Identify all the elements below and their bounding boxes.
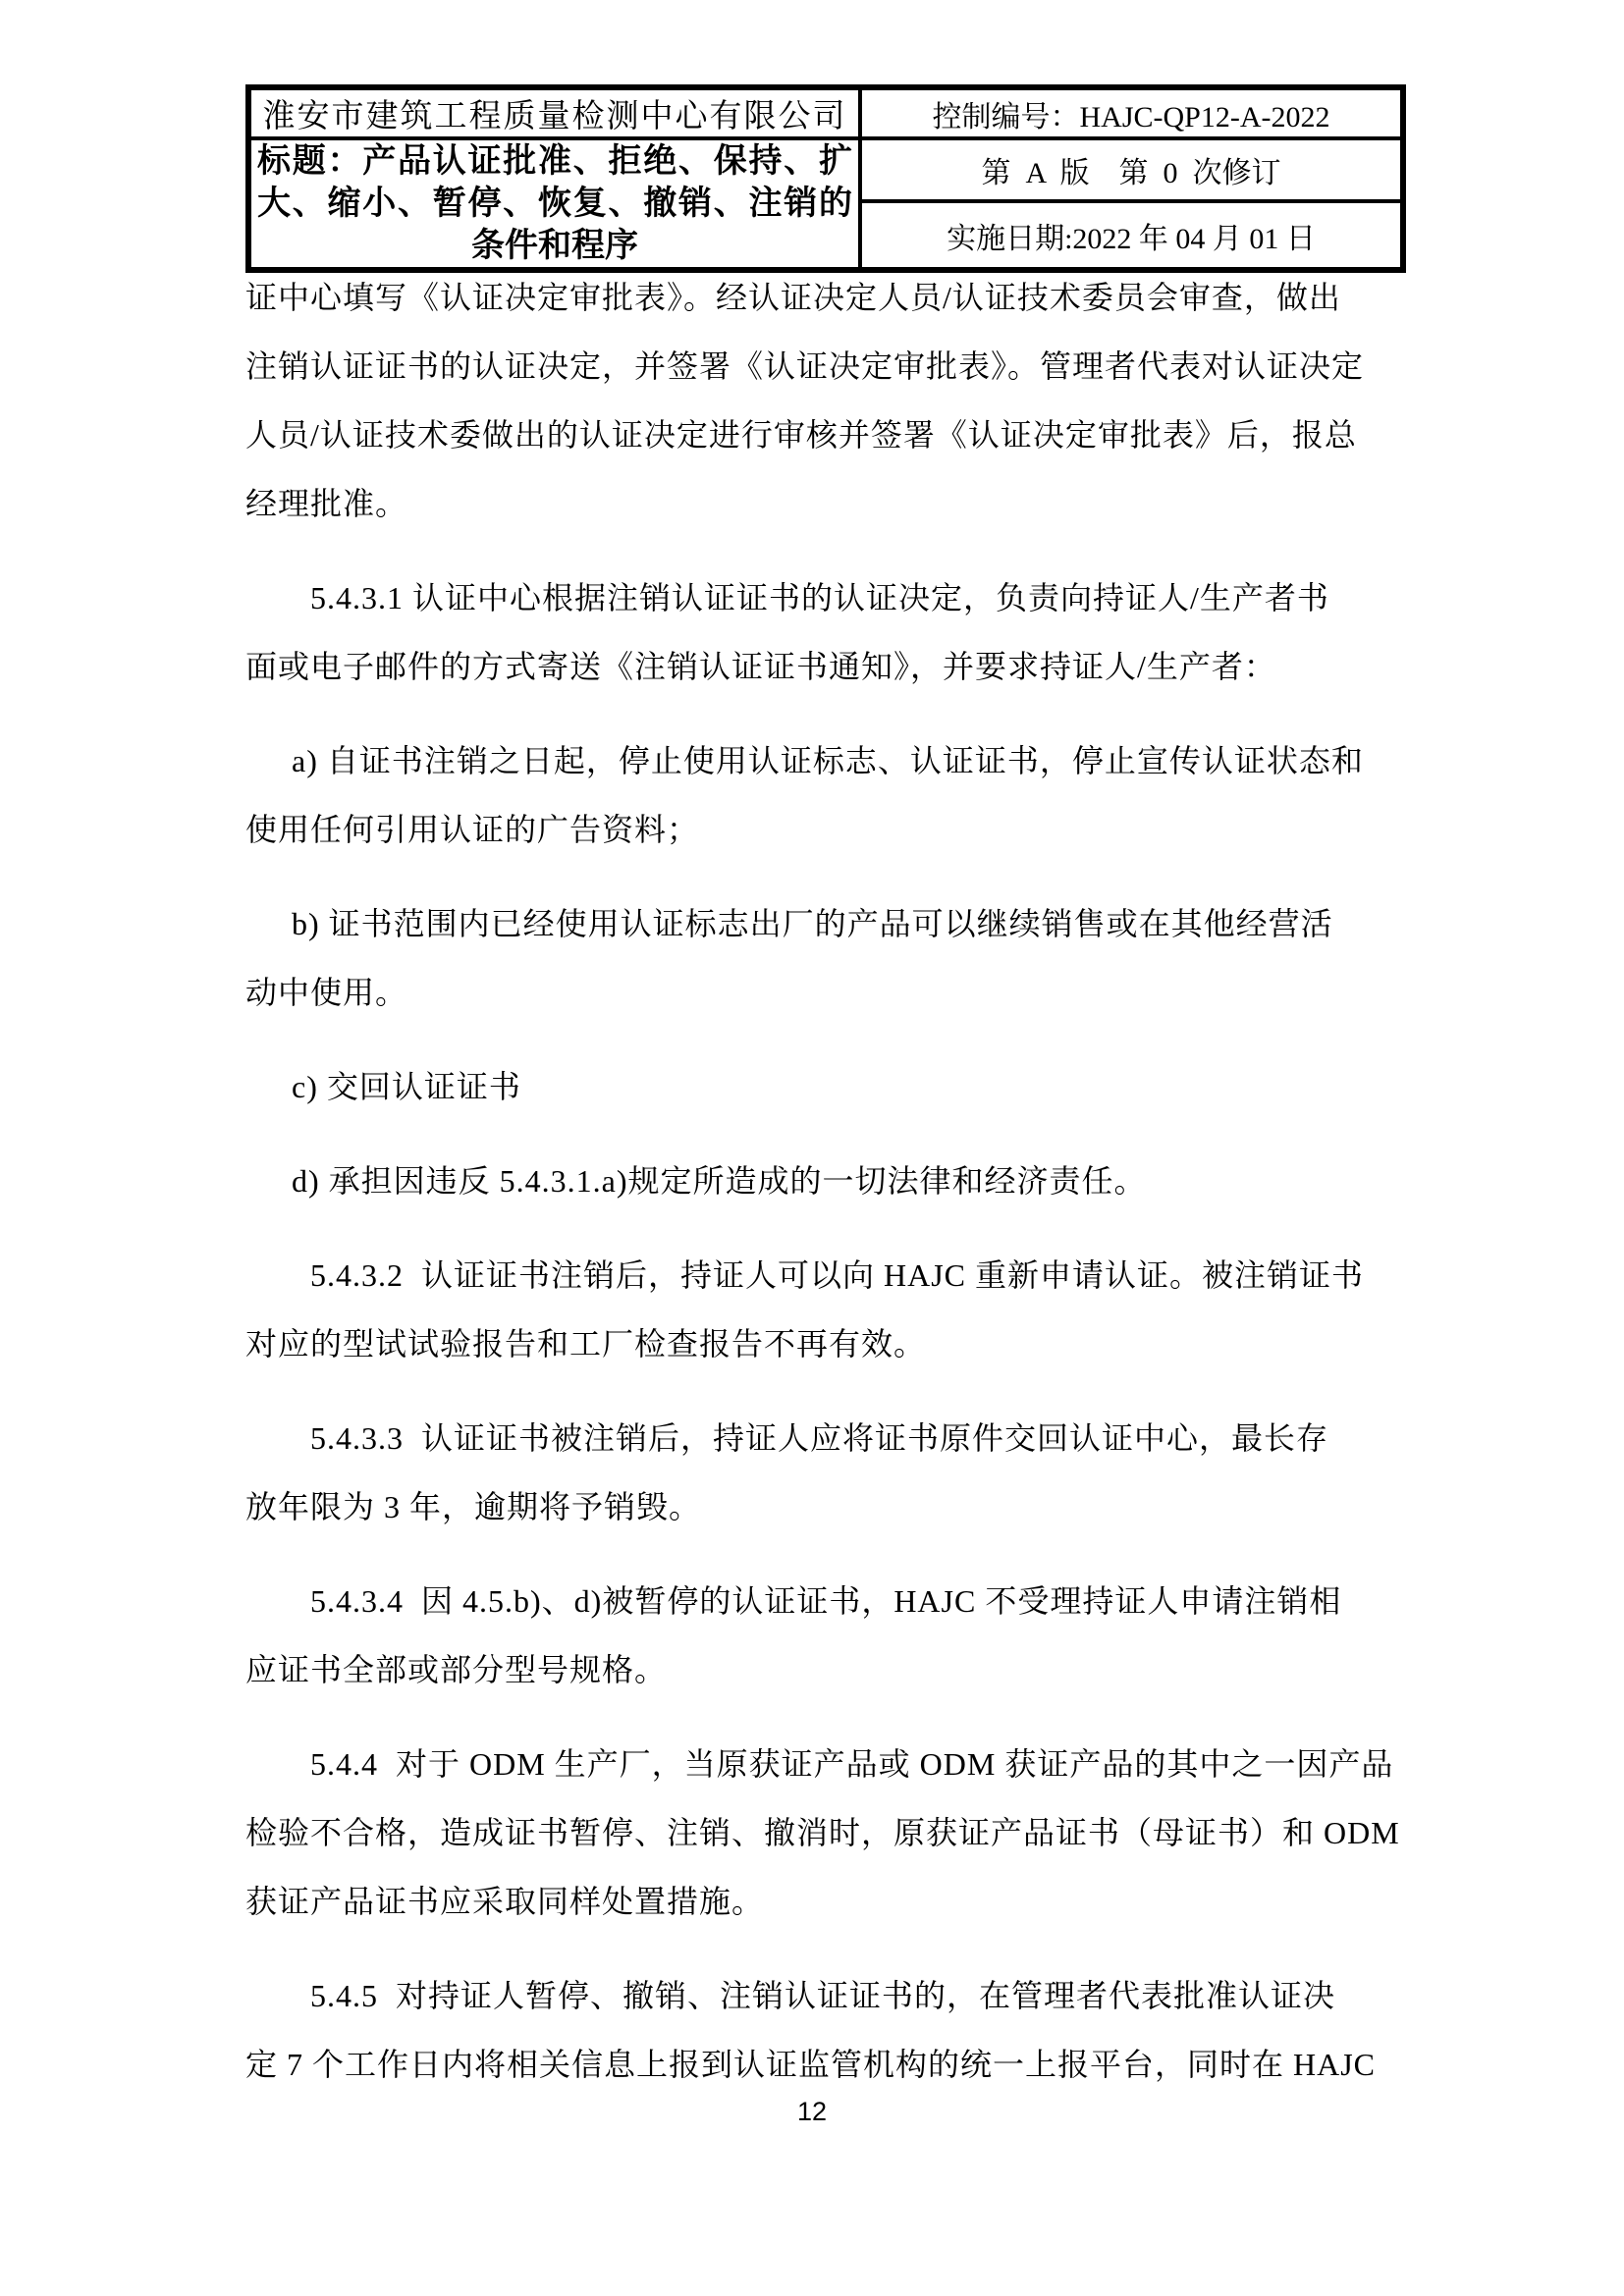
text-line: 5.4.3.3 认证证书被注销后，持证人应将证书原件交回认证中心，最长存 [245,1404,1377,1472]
text-line: 5.4.5 对持证人暂停、撤销、注销认证证书的，在管理者代表批准认证决 [245,1961,1377,2030]
text-line: 放年限为 3 年，逾期将予销毁。 [245,1472,1377,1541]
text-line: 5.4.3.4 因 4.5.b)、d)被暂停的认证证书，HAJC 不受理持证人申… [245,1567,1377,1635]
paragraph-5-4-3-1: 5.4.3.1 认证中心根据注销认证证书的认证决定，负责向持证人/生产者书 面或… [245,563,1377,701]
text-line: a) 自证书注销之日起，停止使用认证标志、认证证书，停止宣传认证状态和 [245,726,1377,795]
paragraph-5-4-5: 5.4.5 对持证人暂停、撤销、注销认证证书的，在管理者代表批准认证决 定 7 … [245,1961,1377,2099]
text-line: 5.4.4 对于 ODM 生产厂，当原获证产品或 ODM 获证产品的其中之一因产… [245,1730,1377,1798]
paragraph-item-c: c) 交回认证证书 [245,1052,1377,1121]
control-number-cell: 控制编号：HAJC-QP12-A-2022 [860,87,1403,138]
text-line: 动中使用。 [245,958,1377,1027]
text-line: c) 交回认证证书 [245,1052,1377,1121]
text-line: 5.4.3.1 认证中心根据注销认证证书的认证决定，负责向持证人/生产者书 [245,563,1377,632]
document-title-line: 条件和程序 [257,225,852,267]
paragraph-5-4-4: 5.4.4 对于 ODM 生产厂，当原获证产品或 ODM 获证产品的其中之一因产… [245,1730,1377,1936]
text-line: 面或电子邮件的方式寄送《注销认证证书通知》，并要求持证人/生产者： [245,632,1377,701]
paragraph-item-b: b) 证书范围内已经使用认证标志出厂的产品可以继续销售或在其他经营活 动中使用。 [245,889,1377,1027]
text-line: 检验不合格，造成证书暂停、注销、撤消时，原获证产品证书（母证书）和 ODM [245,1798,1377,1867]
text-line: 使用任何引用认证的广告资料； [245,795,1377,864]
revision-cell: 第 A 版 第 0 次修订 [860,138,1403,201]
company-name-cell: 淮安市建筑工程质量检测中心有限公司 [248,87,860,138]
text-line: b) 证书范围内已经使用认证标志出厂的产品可以继续销售或在其他经营活 [245,889,1377,958]
paragraph-item-a: a) 自证书注销之日起，停止使用认证标志、认证证书，停止宣传认证状态和 使用任何… [245,726,1377,864]
text-line: 5.4.3.2 认证证书注销后，持证人可以向 HAJC 重新申请认证。被注销证书 [245,1241,1377,1309]
text-line: 经理批准。 [245,469,1377,538]
text-line: 定 7 个工作日内将相关信息上报到认证监管机构的统一上报平台，同时在 HAJC [245,2030,1377,2099]
text-line: 获证产品证书应采取同样处置措施。 [245,1867,1377,1936]
text-line: 人员/认证技术委做出的认证决定进行审核并签署《认证决定审批表》后，报总 [245,400,1377,469]
paragraph-5-4-3-4: 5.4.3.4 因 4.5.b)、d)被暂停的认证证书，HAJC 不受理持证人申… [245,1567,1377,1704]
document-body: 证中心填写《认证决定审批表》。经认证决定人员/认证技术委员会审查，做出 注销认证… [245,263,1377,2124]
text-line: 注销认证证书的认证决定，并签署《认证决定审批表》。管理者代表对认证决定 [245,332,1377,400]
text-line: d) 承担因违反 5.4.3.1.a)规定所造成的一切法律和经济责任。 [245,1147,1377,1215]
paragraph-item-d: d) 承担因违反 5.4.3.1.a)规定所造成的一切法律和经济责任。 [245,1147,1377,1215]
text-line: 证中心填写《认证决定审批表》。经认证决定人员/认证技术委员会审查，做出 [245,263,1377,332]
implementation-date-cell: 实施日期:2022 年 04 月 01 日 [860,201,1403,270]
paragraph-continuation: 证中心填写《认证决定审批表》。经认证决定人员/认证技术委员会审查，做出 注销认证… [245,263,1377,538]
document-page: 淮安市建筑工程质量检测中心有限公司 控制编号：HAJC-QP12-A-2022 … [0,0,1624,2296]
document-title-line: 标题：产品认证批准、拒绝、保持、扩 [257,140,852,183]
text-line: 对应的型试试验报告和工厂检查报告不再有效。 [245,1309,1377,1378]
document-header-table: 淮安市建筑工程质量检测中心有限公司 控制编号：HAJC-QP12-A-2022 … [245,84,1406,273]
page-number: 12 [0,2097,1624,2127]
document-title-line: 大、缩小、暂停、恢复、撤销、注销的 [257,183,852,225]
paragraph-5-4-3-2: 5.4.3.2 认证证书注销后，持证人可以向 HAJC 重新申请认证。被注销证书… [245,1241,1377,1378]
text-line: 应证书全部或部分型号规格。 [245,1635,1377,1704]
document-title-cell: 标题：产品认证批准、拒绝、保持、扩 大、缩小、暂停、恢复、撤销、注销的 条件和程… [248,138,860,270]
paragraph-5-4-3-3: 5.4.3.3 认证证书被注销后，持证人应将证书原件交回认证中心，最长存 放年限… [245,1404,1377,1541]
